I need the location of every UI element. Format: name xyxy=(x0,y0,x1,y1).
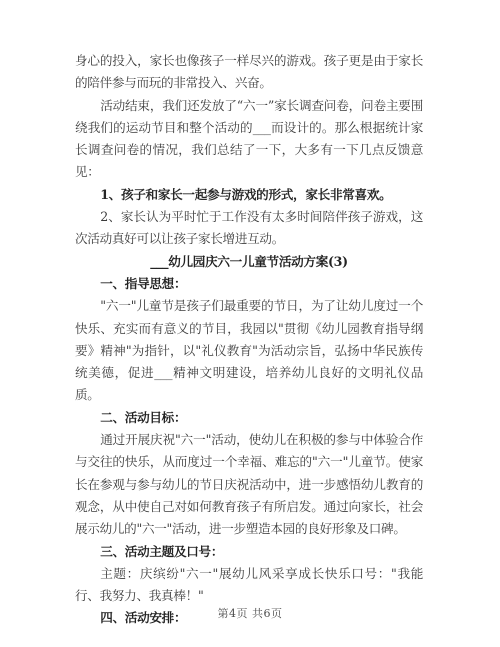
document-content: 身心的投入，家长也像孩子一样尽兴的游戏。孩子更是由于家长的陪伴参与而玩的非常投入… xyxy=(75,50,423,630)
paragraph: 通过开展庆祝"六一"活动，使幼儿在积极的参与中体验合作与交往的快乐，从而度过一个… xyxy=(75,429,423,540)
paragraph: 2、家长认为平时忙于工作没有太多时间陪伴孩子游戏，这次活动真好可以让孩子家长增进… xyxy=(75,206,423,251)
paragraph: "六一"儿童节是孩子们最重要的节日，为了让幼儿度过一个快乐、充实而有意义的节目，… xyxy=(75,295,423,406)
section-heading: 三、活动主题及口号： xyxy=(75,541,423,563)
page-footer: 第4页 共6页 xyxy=(0,605,500,621)
section-heading: 一、指导思想： xyxy=(75,273,423,295)
page-number: 第4页 共6页 xyxy=(218,607,283,620)
paragraph: 主题：庆缤纷"六一"展幼儿风采享成长快乐口号："我能行、我努力、我真棒！" xyxy=(75,563,423,608)
document-title: ___幼儿园庆六一儿童节活动方案(3) xyxy=(75,251,423,273)
paragraph: 1、孩子和家长一起参与游戏的形式，家长非常喜欢。 xyxy=(75,184,423,206)
paragraph: 身心的投入，家长也像孩子一样尽兴的游戏。孩子更是由于家长的陪伴参与而玩的非常投入… xyxy=(75,50,423,95)
document-page: 身心的投入，家长也像孩子一样尽兴的游戏。孩子更是由于家长的陪伴参与而玩的非常投入… xyxy=(0,0,500,647)
section-heading: 二、活动目标： xyxy=(75,407,423,429)
paragraph: 活动结束，我们还发放了“六一”家长调查问卷，问卷主要围绕我们的运动节目和整个活动… xyxy=(75,95,423,184)
